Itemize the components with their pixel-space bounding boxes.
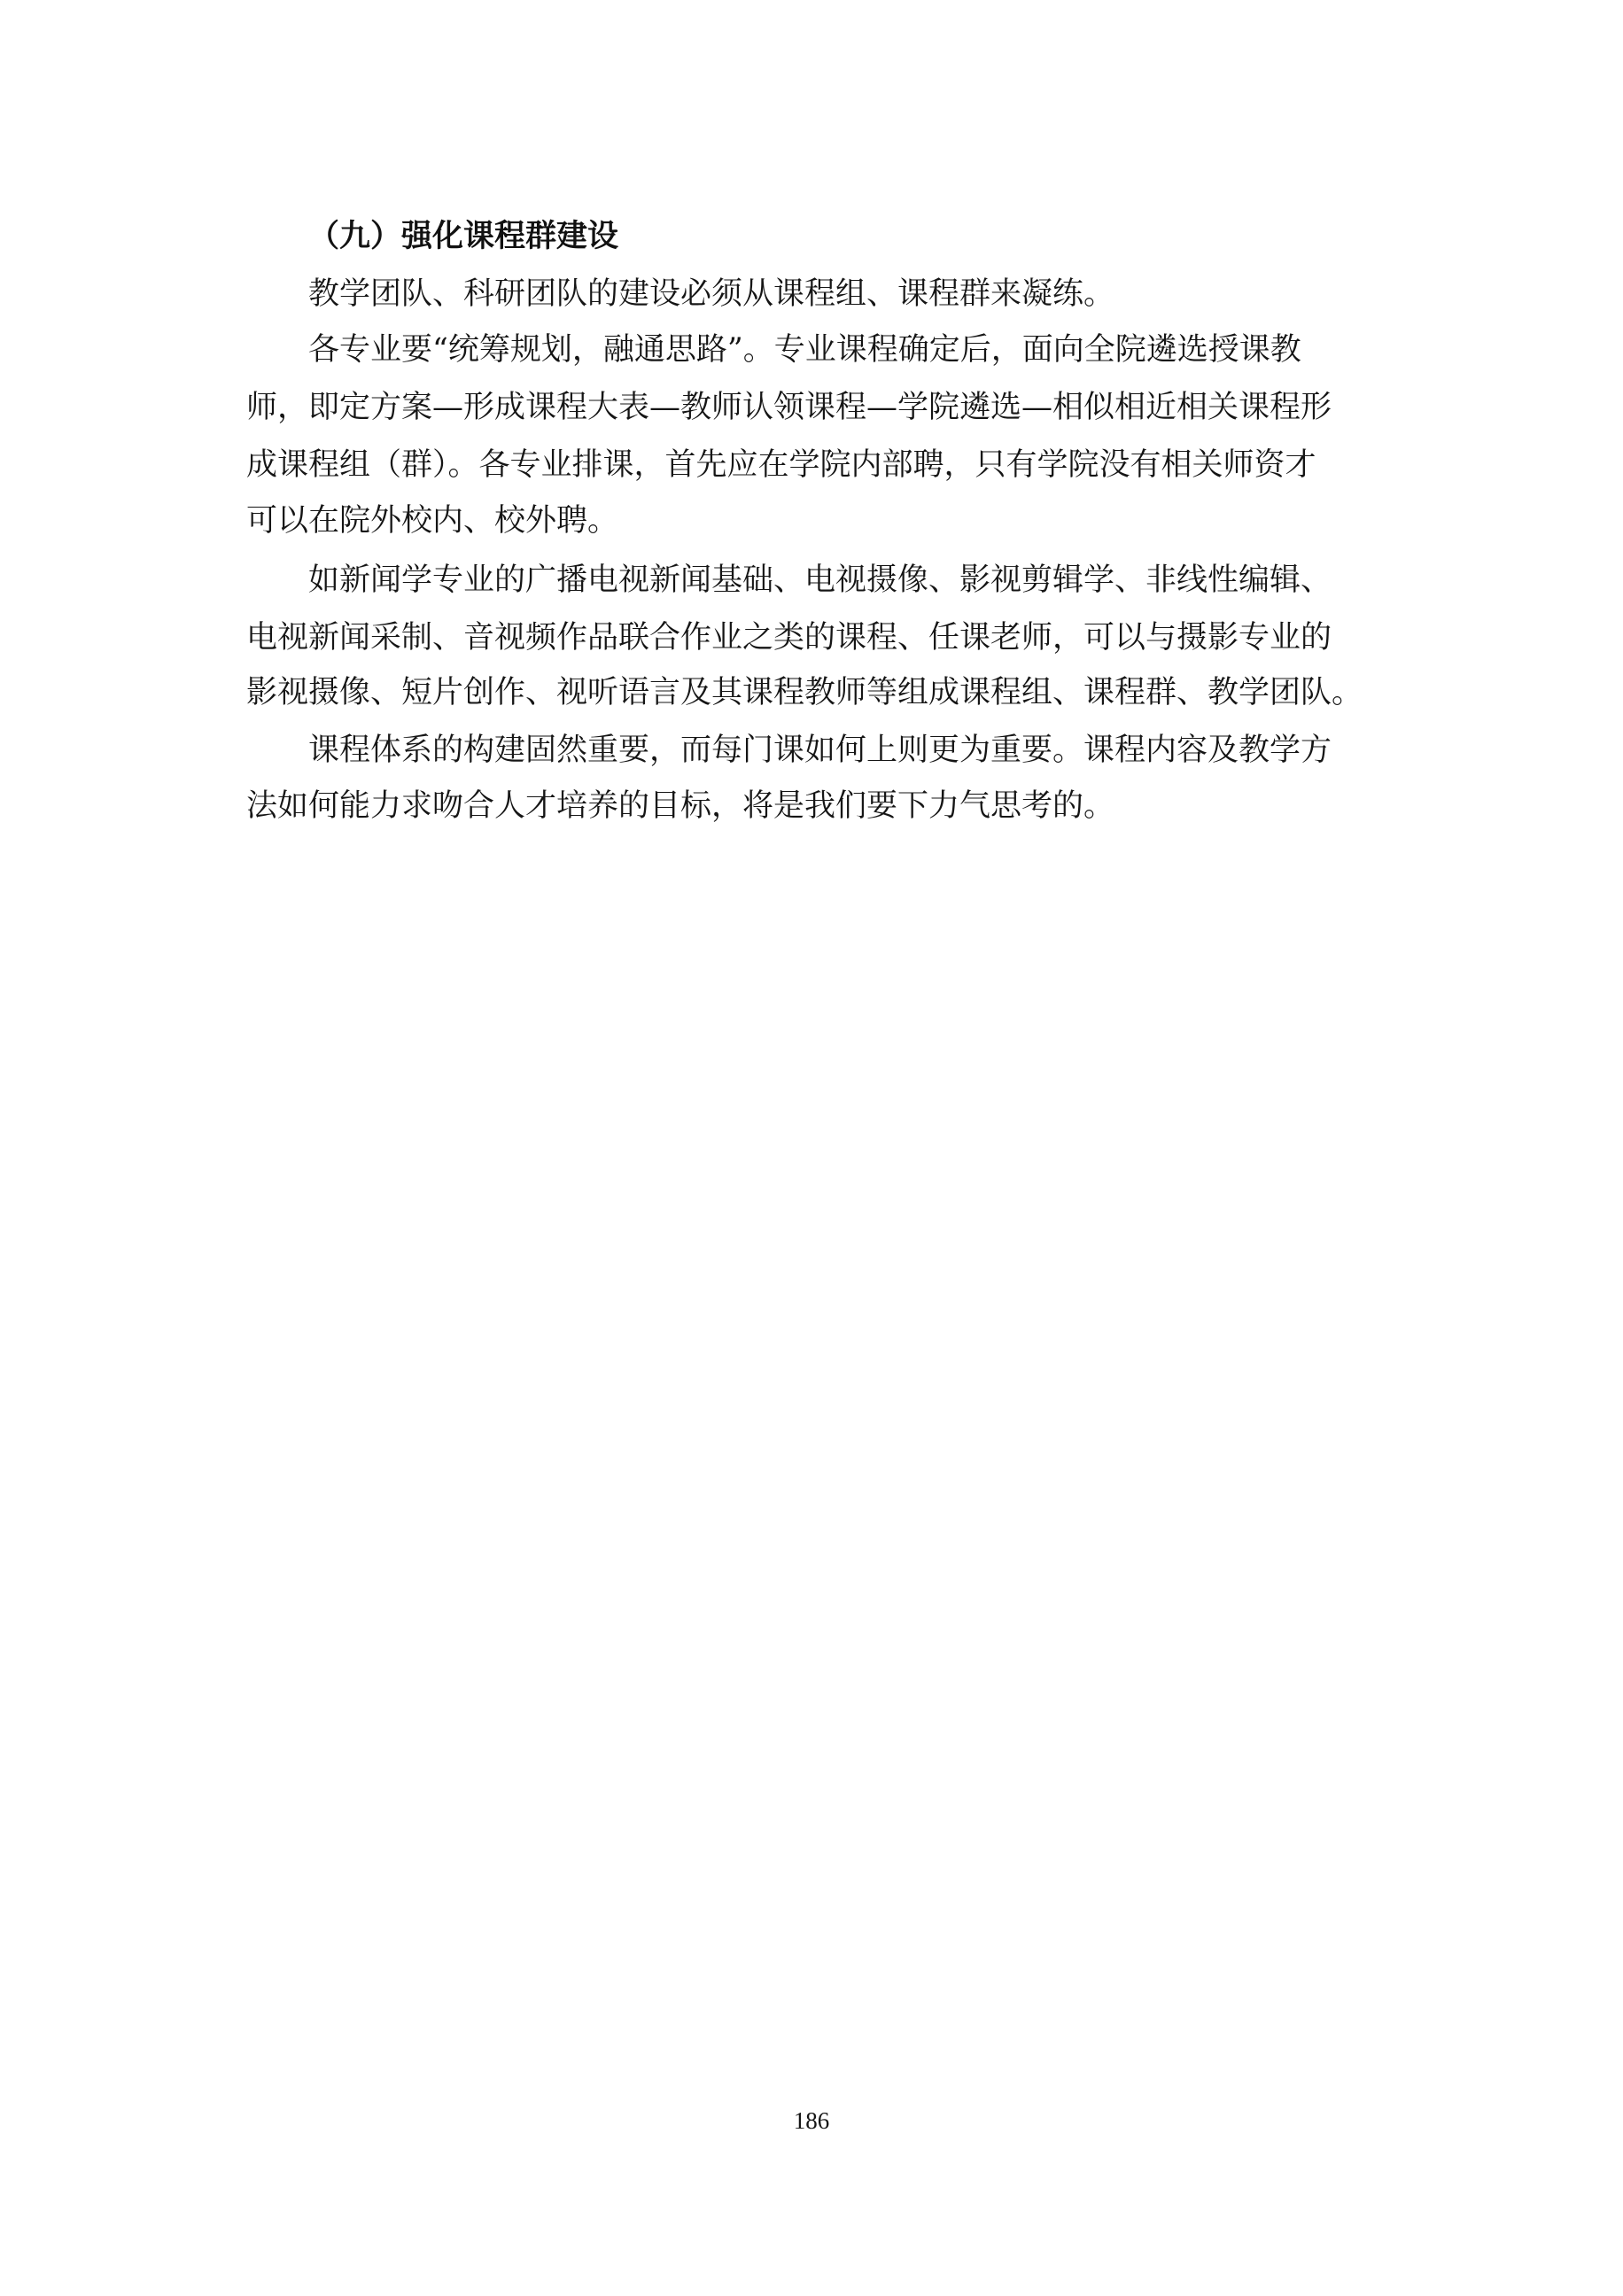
paragraph-3-line-3: 影视摄像、短片创作、视听语言及其课程教师等组成课程组、课程群、教学团队。 — [246, 671, 1375, 715]
paragraph-2-line-4: 可以在院外校内、校外聘。 — [246, 499, 1375, 543]
section-heading: （九）强化课程群建设 — [308, 214, 680, 259]
paragraph-2-line-3: 成课程组（群）。各专业排课，首先应在学院内部聘，只有学院没有相关师资才 — [246, 443, 1375, 487]
paragraph-4-line-2: 法如何能力求吻合人才培养的目标，将是我们要下力气思考的。 — [246, 784, 1375, 828]
page-number: 186 — [767, 2105, 856, 2137]
paragraph-3-line-2: 电视新闻采制、音视频作品联合作业之类的课程、任课老师，可以与摄影专业的 — [246, 616, 1375, 660]
paragraph-1-line-1: 教学团队、科研团队的建设必须从课程组、课程群来凝练。 — [308, 272, 1375, 316]
paragraph-2-line-2: 师，即定方案—形成课程大表—教师认领课程—学院遴选—相似相近相关课程形 — [246, 385, 1375, 430]
paragraph-2-line-1: 各专业要“统筹规划，融通思路”。专业课程确定后，面向全院遴选授课教 — [308, 328, 1375, 372]
document-page: （九）强化课程群建设 教学团队、科研团队的建设必须从课程组、课程群来凝练。 各专… — [0, 0, 1623, 2296]
paragraph-4-line-1: 课程体系的构建固然重要，而每门课如何上则更为重要。课程内容及教学方 — [308, 728, 1375, 772]
paragraph-3-line-1: 如新闻学专业的广播电视新闻基础、电视摄像、影视剪辑学、非线性编辑、 — [308, 558, 1375, 602]
